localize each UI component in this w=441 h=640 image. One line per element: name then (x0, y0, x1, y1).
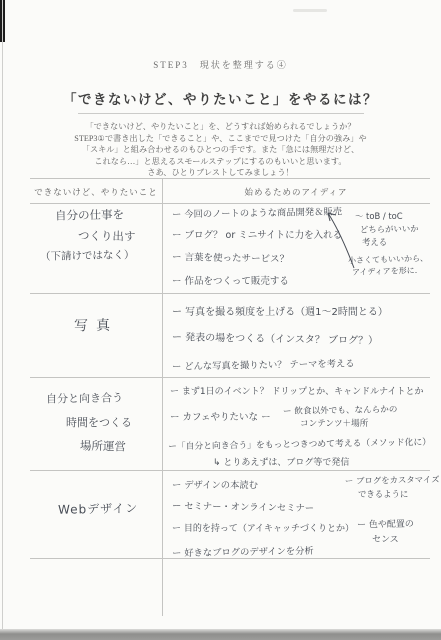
idea-item: ー デザインの本読む (172, 477, 258, 491)
scanned-worksheet-page: STEP3 現状を整理する④ 「できないけど、やりたいこと」をやるには？ 「でき… (0, 0, 441, 640)
intro-line: STEP3①で書き出した「できること」や、ここまでで見つけた「自分の強み」や (20, 133, 421, 145)
curved-arrow-icon (318, 206, 358, 272)
page-title: 「できないけど、やりたいこと」をやるには？ (0, 88, 441, 108)
goal-row4-line: Webデザイン (58, 499, 139, 517)
goal-row3-line: 時間をつくる (66, 414, 132, 430)
table-column-divider (162, 178, 163, 616)
row-separator-2 (30, 377, 430, 378)
row-separator-1 (30, 293, 430, 294)
goal-row3-line: 場所運営 (80, 438, 126, 455)
intro-line: これなら…」と思えるスモールステップにするのもいいと思います。 (20, 156, 421, 168)
idea-item: ー 写真を撮る頻度を上げる（週1〜2時間とる） (172, 303, 388, 318)
side-note-line: ー 飲食以外でも、なんらかの (283, 403, 398, 417)
idea-item: ー カフェやりたいな ー (170, 409, 271, 423)
intro-line: 「スキル」と組み合わせるのもひとつの手です。また「急には無理だけど、 (20, 144, 421, 156)
idea-item: ー どんな写真を撮りたい？ テーマを考える (172, 355, 355, 372)
title-underline (78, 113, 364, 114)
idea-item: ー 好きなブログのデザインを分析 (172, 543, 314, 559)
margin-note-line: アイディアを形に. (352, 265, 418, 278)
table-header-right: 始めるためのアイディア (162, 186, 430, 198)
table-header-separator (30, 203, 430, 204)
intro-line: 「できないけど、やりたいこと」を、どうすれば始められるでしょうか？ (20, 121, 421, 133)
idea-item: ー 作品をつくって販売する (172, 273, 289, 287)
goal-row2-line: 写真 (74, 315, 118, 336)
idea-item: ー「自分と向き合う」をもっとつきつめて考える（メソッド化に） (168, 435, 431, 453)
idea-item: ー セミナー・オンラインセミナー (172, 498, 314, 514)
idea-item: ー まず1日のイベント？ ドリップとか、キャンドルナイトとか (170, 384, 423, 397)
goal-row1-line: 自分の仕事を (55, 206, 124, 223)
idea-item: ↳ とりあえずは、ブログ等で発信 (213, 455, 349, 468)
margin-note-line: 考える (362, 236, 387, 248)
intro-paragraph: 「できないけど、やりたいこと」を、どうすれば始められるでしょうか？ STEP3①… (20, 121, 421, 179)
idea-item: ー 言葉を使ったサービス？ (172, 249, 289, 265)
goal-row3-line: 自分と向き合う (46, 389, 123, 406)
idea-item: ー ブログ？ or ミニサイトに力を入れる (172, 227, 342, 241)
margin-note-line: どちらがいいか (360, 222, 419, 235)
table-border-top (30, 178, 430, 179)
step-label: STEP3 現状を整理する④ (0, 58, 441, 71)
idea-item: ー 目的を持って（アイキャッチづくりとか） (172, 521, 354, 534)
margin-note-line: センス (372, 532, 399, 545)
side-note-line: コンテンツ＋場所 (300, 417, 368, 429)
goal-row1-line: つくり出す (78, 227, 136, 244)
margin-note-line: ー ブログをカスタマイズ (345, 473, 440, 487)
idea-item: ー 今回のノートのような商品開発＆販売 (172, 204, 342, 221)
idea-item: ー 発表の場をつくる（インスタ？ ブログ？） (172, 328, 378, 347)
scan-smudge (293, 9, 327, 12)
margin-note-line: ー 色や配置の (357, 517, 414, 531)
table-header-left: できないけど、やりたいこと (30, 186, 162, 198)
scan-bottom-edge (0, 629, 441, 640)
goal-row1-line: （下請けではなく） (40, 247, 135, 264)
margin-note-line: 〜 toB / toC (355, 210, 403, 222)
row-separator-3 (30, 470, 430, 471)
margin-note-line: できるように (358, 488, 408, 500)
